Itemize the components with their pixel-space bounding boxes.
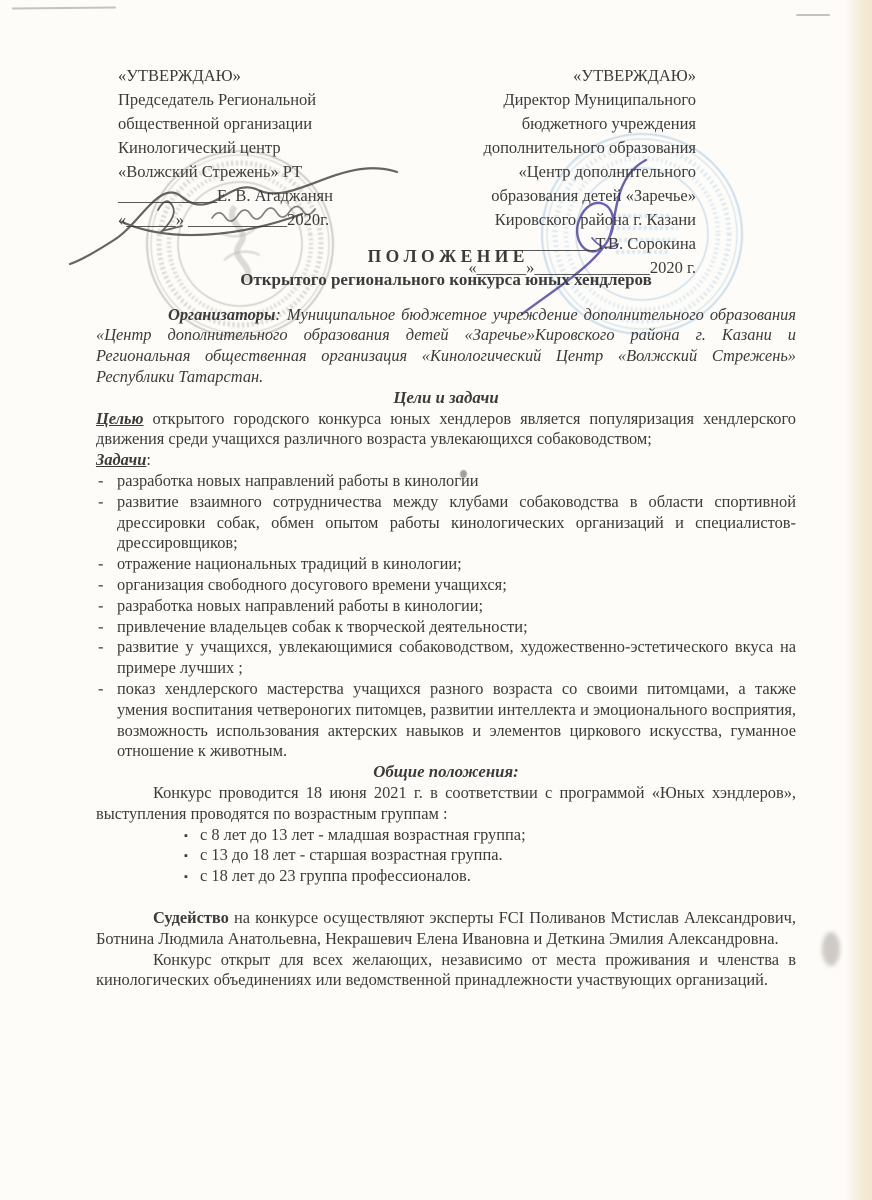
goal-text: открытого городского конкурса юных хендл… xyxy=(96,409,796,449)
approval-right-line: Кировского района г. Казани xyxy=(406,208,696,232)
task-item: -развитие взаимного сотрудничества между… xyxy=(96,492,796,554)
judging-paragraph: Судейство на конкурсе осуществляют экспе… xyxy=(96,908,796,950)
dash-bullet-icon: - xyxy=(98,554,103,575)
task-text: развитие взаимного сотрудничества между … xyxy=(117,492,796,553)
document-title: П О Л О Ж Е Н И Е xyxy=(96,246,796,267)
dash-bullet-icon: - xyxy=(98,637,103,658)
task-item: -разработка новых направлений работы в к… xyxy=(96,471,796,492)
square-bullet-icon: ▪ xyxy=(184,867,188,888)
task-item: -разработка новых направлений работы в к… xyxy=(96,596,796,617)
age-group-item: ▪с 8 лет до 13 лет - младшая возрастная … xyxy=(96,825,796,846)
task-item: -развитие у учащихся, увлекающимися соба… xyxy=(96,637,796,679)
tasks-label-line: Задачи: xyxy=(96,450,796,471)
blank-line xyxy=(96,887,796,908)
approval-right-line: образования детей «Заречье» xyxy=(406,184,696,208)
tasks-list: -разработка новых направлений работы в к… xyxy=(96,471,796,762)
tasks-label: Задачи xyxy=(96,450,146,469)
approval-left-line: Кинологический центр xyxy=(118,136,448,160)
organizers-paragraph: Организаторы: Муниципальное бюджетное уч… xyxy=(96,305,796,388)
general-heading: Общие положения: xyxy=(96,762,796,783)
task-text: привлечение владельцев собак к творческо… xyxy=(117,617,528,636)
goals-heading: Цели и задачи xyxy=(96,388,796,409)
square-bullet-icon: ▪ xyxy=(184,826,188,847)
task-text: разработка новых направлений работы в ки… xyxy=(117,596,483,615)
tasks-label-colon: : xyxy=(146,450,151,469)
age-group-item: ▪с 13 до 18 лет - старшая возрастная гру… xyxy=(96,845,796,866)
scanned-document-page: «УТВЕРЖДАЮ» Председатель Региональной об… xyxy=(0,0,872,1200)
age-group-text: с 13 до 18 лет - старшая возрастная груп… xyxy=(200,845,503,864)
task-text: организация свободного досугового времен… xyxy=(117,575,507,594)
scan-artifact-line xyxy=(796,14,830,16)
dash-bullet-icon: - xyxy=(98,679,103,700)
approval-right-line: Директор Муниципального xyxy=(406,88,696,112)
document-body: П О Л О Ж Е Н И Е Открытого региональног… xyxy=(96,246,796,991)
participation-paragraph: Конкурс открыт для всех желающих, незави… xyxy=(96,950,796,992)
task-text: отражение национальных традиций в киноло… xyxy=(117,554,462,573)
age-groups-list: ▪с 8 лет до 13 лет - младшая возрастная … xyxy=(96,825,796,887)
task-text: разработка новых направлений работы в ки… xyxy=(117,471,478,490)
approval-block-left: «УТВЕРЖДАЮ» Председатель Региональной об… xyxy=(118,64,448,232)
dash-bullet-icon: - xyxy=(98,617,103,638)
dash-bullet-icon: - xyxy=(98,575,103,596)
scan-artifact-line xyxy=(12,6,116,9)
approval-left-date-line: «______» ____________2020г. xyxy=(118,208,448,232)
dash-bullet-icon: - xyxy=(98,492,103,513)
task-text: показ хендлерского мастерства учащихся р… xyxy=(117,679,796,760)
task-item: -отражение национальных традиций в кинол… xyxy=(96,554,796,575)
task-item: -организация свободного досугового време… xyxy=(96,575,796,596)
dash-bullet-icon: - xyxy=(98,471,103,492)
scan-edge-strip xyxy=(845,0,872,1200)
approval-right-line: «Центр дополнительного xyxy=(406,160,696,184)
approval-left-line: «Волжский Стрежень» РТ xyxy=(118,160,448,184)
approval-right-title: «УТВЕРЖДАЮ» xyxy=(406,64,696,88)
approval-right-line: бюджетного учреждения xyxy=(406,112,696,136)
square-bullet-icon: ▪ xyxy=(184,846,188,867)
scan-smudge xyxy=(822,932,840,966)
task-item: -привлечение владельцев собак к творческ… xyxy=(96,617,796,638)
approval-left-signature-line: ____________Е. В. Агаджанян xyxy=(118,184,448,208)
goal-lead: Целью xyxy=(96,409,143,428)
approval-left-title: «УТВЕРЖДАЮ» xyxy=(118,64,448,88)
age-group-item: ▪с 18 лет до 23 группа профессионалов. xyxy=(96,866,796,887)
document-subtitle: Открытого регионального конкурса юных хе… xyxy=(96,270,796,291)
task-item: -показ хендлерского мастерства учащихся … xyxy=(96,679,796,762)
judging-lead: Судейство xyxy=(153,908,229,927)
dash-bullet-icon: - xyxy=(98,596,103,617)
approval-left-line: Председатель Региональной xyxy=(118,88,448,112)
general-intro-paragraph: Конкурс проводится 18 июня 2021 г. в соо… xyxy=(96,783,796,825)
task-text: развитие у учащихся, увлекающимися собак… xyxy=(117,637,796,677)
organizers-lead: Организаторы xyxy=(168,305,275,324)
age-group-text: с 8 лет до 13 лет - младшая возрастная г… xyxy=(200,825,526,844)
approval-left-line: общественной организации xyxy=(118,112,448,136)
approval-right-line: дополнительного образования xyxy=(406,136,696,160)
goal-paragraph: Целью открытого городского конкурса юных… xyxy=(96,409,796,451)
age-group-text: с 18 лет до 23 группа профессионалов. xyxy=(200,866,471,885)
